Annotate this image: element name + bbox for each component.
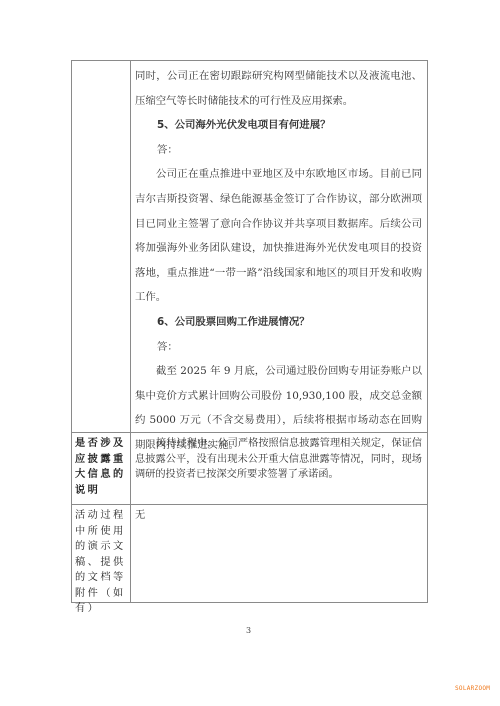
- page-number: 3: [246, 626, 251, 635]
- disclosure-content-cell: 接待过程中，公司严格按照信息披露管理相关规定，保证信息披露公平，没有出现未公开重…: [135, 436, 422, 483]
- column-divider: [130, 505, 131, 603]
- question-5: 5、公司海外光伏发电项目有何进展？: [135, 113, 422, 138]
- qa-content-cell: 同时，公司正在密切跟踪研究构网型储能技术以及液流电池、压缩空气等长时储能技术的可…: [135, 64, 422, 458]
- column-divider: [130, 61, 131, 432]
- attachments-text: 无: [135, 510, 145, 521]
- answer-label-5: 答：: [135, 138, 422, 163]
- watermark-logo: SOLARZOOM: [455, 685, 490, 692]
- table-row-disclosure: 是否涉及应披露重大信息的说明 接待过程中，公司严格按照信息披露管理相关规定，保证…: [72, 432, 427, 504]
- table-row-qa-continued: 同时，公司正在密切跟踪研究构网型储能技术以及液流电池、压缩空气等长时储能技术的可…: [72, 61, 427, 432]
- disclosure-text: 接待过程中，公司严格按照信息披露管理相关规定，保证信息披露公平，没有出现未公开重…: [135, 436, 422, 483]
- answer-label-6: 答：: [135, 335, 422, 360]
- answer-5-text: 公司正在重点推进中亚地区及中东欧地区市场。目前已同吉尔吉斯投资署、绿色能源基金签…: [135, 162, 422, 310]
- row-label-disclosure: 是否涉及应披露重大信息的说明: [75, 436, 127, 498]
- question-6: 6、公司股票回购工作进展情况？: [135, 310, 422, 335]
- table-row-attachments: 活动过程中所使用的演示文稿、提供的文档等附件（如有） 无: [72, 504, 427, 603]
- investor-relations-table: 同时，公司正在密切跟踪研究构网型储能技术以及液流电池、压缩空气等长时储能技术的可…: [71, 60, 428, 603]
- column-divider: [130, 433, 131, 504]
- row-label-attachments: 活动过程中所使用的演示文稿、提供的文档等附件（如有）: [75, 508, 127, 617]
- attachments-content-cell: 无: [135, 508, 422, 524]
- paragraph-storage-tech: 同时，公司正在密切跟踪研究构网型储能技术以及液流电池、压缩空气等长时储能技术的可…: [135, 64, 422, 113]
